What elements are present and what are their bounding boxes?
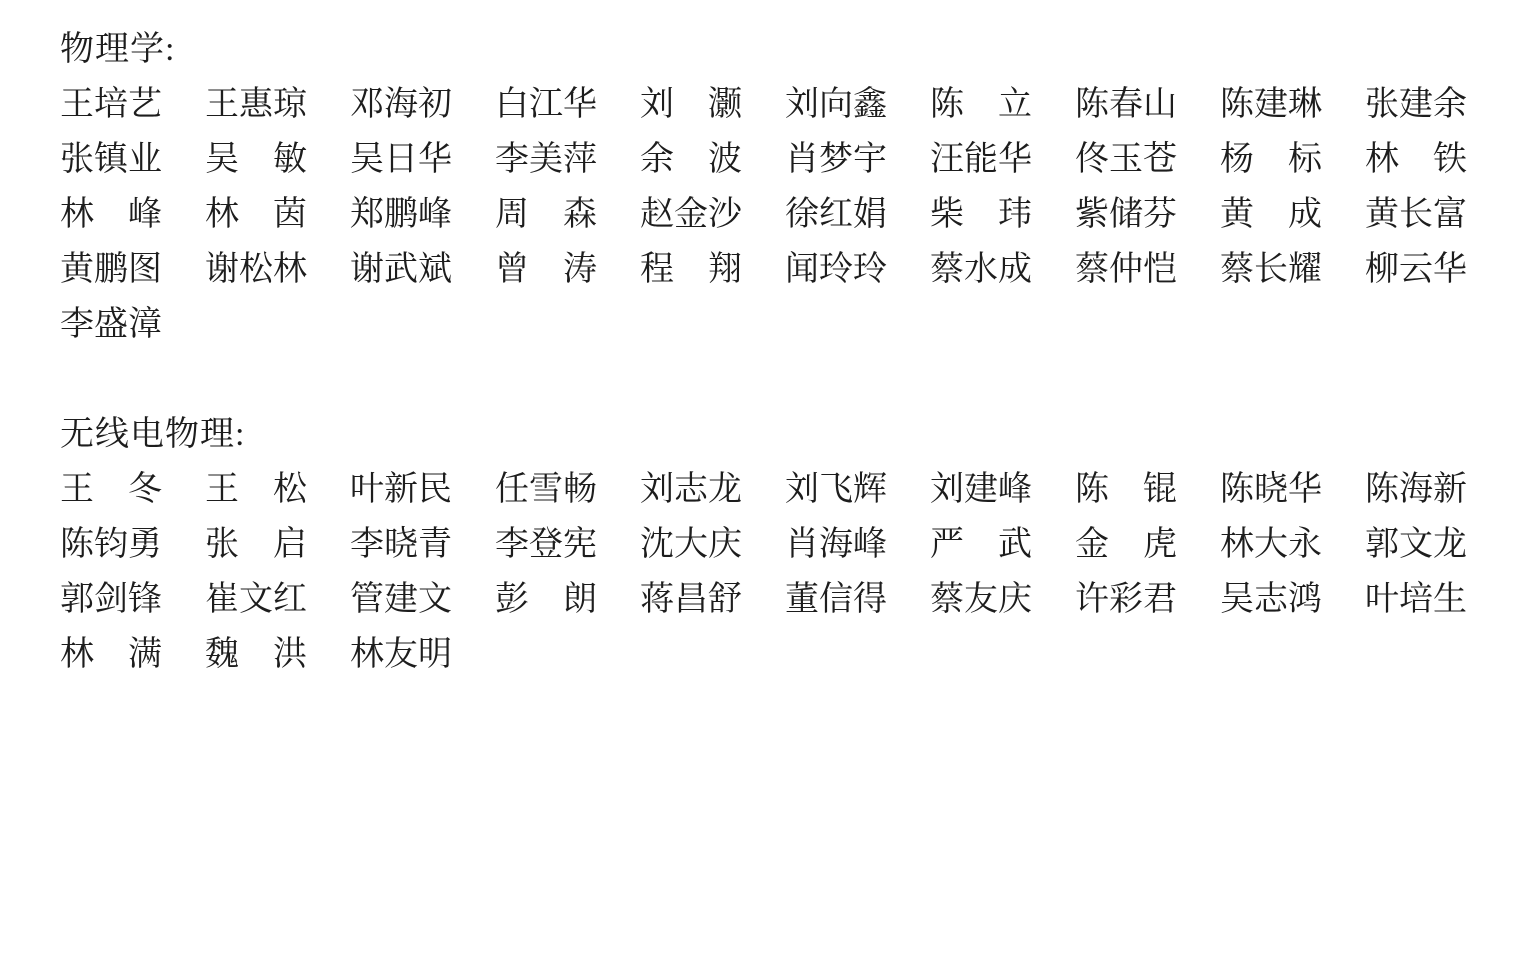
- person-name: 李晓青: [350, 517, 452, 572]
- person-name: 许彩君: [1075, 572, 1177, 627]
- person-name: 刘灏: [640, 77, 742, 132]
- person-name: 张启: [205, 517, 307, 572]
- name-row: 张镇业吴敏吴日华李美萍余波肖梦宇汪能华佟玉苍杨标林铁: [60, 132, 1518, 187]
- name-row: 陈钧勇张启李晓青李登宪沈大庆肖海峰严武金虎林大永郭文龙: [60, 517, 1518, 572]
- person-name: 闻玲玲: [785, 242, 887, 297]
- section-title-physics: 物理学:: [60, 22, 1518, 77]
- person-name: 程翔: [640, 242, 742, 297]
- person-name: 林铁: [1365, 132, 1467, 187]
- person-name: 吴敏: [205, 132, 307, 187]
- person-name: 曾涛: [495, 242, 597, 297]
- person-name: 徐红娟: [785, 187, 887, 242]
- person-name: 林茵: [205, 187, 307, 242]
- person-name: 蔡友庆: [930, 572, 1032, 627]
- name-row: 林满魏洪林友明: [60, 627, 1518, 682]
- person-name: 黄长富: [1365, 187, 1467, 242]
- person-name: 张建余: [1365, 77, 1467, 132]
- section-rows-0: 王培艺王惠琼邓海初白江华刘灏刘向鑫陈立陈春山陈建琳张建余张镇业吴敏吴日华李美萍余…: [60, 77, 1518, 352]
- person-name: 林友明: [350, 627, 452, 682]
- person-name: 董信得: [785, 572, 887, 627]
- person-name: 赵金沙: [640, 187, 742, 242]
- person-name: 肖梦宇: [785, 132, 887, 187]
- person-name: 黄成: [1220, 187, 1322, 242]
- person-name: 任雪畅: [495, 462, 597, 517]
- person-name: 杨标: [1220, 132, 1322, 187]
- person-name: 柳云华: [1365, 242, 1467, 297]
- person-name: 郑鹏峰: [350, 187, 452, 242]
- person-name: 林满: [60, 627, 162, 682]
- person-name: 王冬: [60, 462, 162, 517]
- person-name: 李登宪: [495, 517, 597, 572]
- person-name: 谢松林: [205, 242, 307, 297]
- person-name: 汪能华: [930, 132, 1032, 187]
- person-name: 魏洪: [205, 627, 307, 682]
- person-name: 严武: [930, 517, 1032, 572]
- person-name: 吴志鸿: [1220, 572, 1322, 627]
- person-name: 蔡长耀: [1220, 242, 1322, 297]
- person-name: 陈晓华: [1220, 462, 1322, 517]
- person-name: 黄鹏图: [60, 242, 162, 297]
- person-name: 陈建琳: [1220, 77, 1322, 132]
- name-row: 林峰林茵郑鹏峰周森赵金沙徐红娟柴玮紫储芬黄成黄长富: [60, 187, 1518, 242]
- person-name: 王培艺: [60, 77, 162, 132]
- person-name: 沈大庆: [640, 517, 742, 572]
- person-name: 陈海新: [1365, 462, 1467, 517]
- person-name: 周森: [495, 187, 597, 242]
- person-name: 余波: [640, 132, 742, 187]
- person-name: 陈春山: [1075, 77, 1177, 132]
- person-name: 刘建峰: [930, 462, 1032, 517]
- name-row: 黄鹏图谢松林谢武斌曾涛程翔闻玲玲蔡水成蔡仲恺蔡长耀柳云华: [60, 242, 1518, 297]
- document-page: 物理学: 王培艺王惠琼邓海初白江华刘灏刘向鑫陈立陈春山陈建琳张建余张镇业吴敏吴日…: [0, 0, 1518, 954]
- person-name: 李盛漳: [60, 297, 162, 352]
- person-name: 陈锟: [1075, 462, 1177, 517]
- person-name: 叶培生: [1365, 572, 1467, 627]
- person-name: 谢武斌: [350, 242, 452, 297]
- person-name: 佟玉苍: [1075, 132, 1177, 187]
- person-name: 刘志龙: [640, 462, 742, 517]
- person-name: 彭朗: [495, 572, 597, 627]
- person-name: 蔡仲恺: [1075, 242, 1177, 297]
- person-name: 蔡水成: [930, 242, 1032, 297]
- person-name: 紫储芬: [1075, 187, 1177, 242]
- person-name: 金虎: [1075, 517, 1177, 572]
- person-name: 刘向鑫: [785, 77, 887, 132]
- section-title-radio-physics: 无线电物理:: [60, 407, 1518, 462]
- person-name: 柴玮: [930, 187, 1032, 242]
- person-name: 白江华: [495, 77, 597, 132]
- person-name: 肖海峰: [785, 517, 887, 572]
- section-rows-1: 王冬王松叶新民任雪畅刘志龙刘飞辉刘建峰陈锟陈晓华陈海新陈钧勇张启李晓青李登宪沈大…: [60, 462, 1518, 682]
- person-name: 陈钧勇: [60, 517, 162, 572]
- person-name: 郭文龙: [1365, 517, 1467, 572]
- person-name: 郭剑锋: [60, 572, 162, 627]
- name-row: 李盛漳: [60, 297, 1518, 352]
- name-row: 王培艺王惠琼邓海初白江华刘灏刘向鑫陈立陈春山陈建琳张建余: [60, 77, 1518, 132]
- person-name: 王松: [205, 462, 307, 517]
- person-name: 李美萍: [495, 132, 597, 187]
- person-name: 邓海初: [350, 77, 452, 132]
- person-name: 刘飞辉: [785, 462, 887, 517]
- person-name: 林大永: [1220, 517, 1322, 572]
- person-name: 张镇业: [60, 132, 162, 187]
- person-name: 林峰: [60, 187, 162, 242]
- name-row: 王冬王松叶新民任雪畅刘志龙刘飞辉刘建峰陈锟陈晓华陈海新: [60, 462, 1518, 517]
- person-name: 崔文红: [205, 572, 307, 627]
- section-radio-physics: 无线电物理: 王冬王松叶新民任雪畅刘志龙刘飞辉刘建峰陈锟陈晓华陈海新陈钧勇张启李…: [60, 407, 1518, 682]
- person-name: 王惠琼: [205, 77, 307, 132]
- person-name: 管建文: [350, 572, 452, 627]
- person-name: 叶新民: [350, 462, 452, 517]
- name-row: 郭剑锋崔文红管建文彭朗蒋昌舒董信得蔡友庆许彩君吴志鸿叶培生: [60, 572, 1518, 627]
- section-physics: 物理学: 王培艺王惠琼邓海初白江华刘灏刘向鑫陈立陈春山陈建琳张建余张镇业吴敏吴日…: [60, 22, 1518, 352]
- person-name: 蒋昌舒: [640, 572, 742, 627]
- person-name: 吴日华: [350, 132, 452, 187]
- person-name: 陈立: [930, 77, 1032, 132]
